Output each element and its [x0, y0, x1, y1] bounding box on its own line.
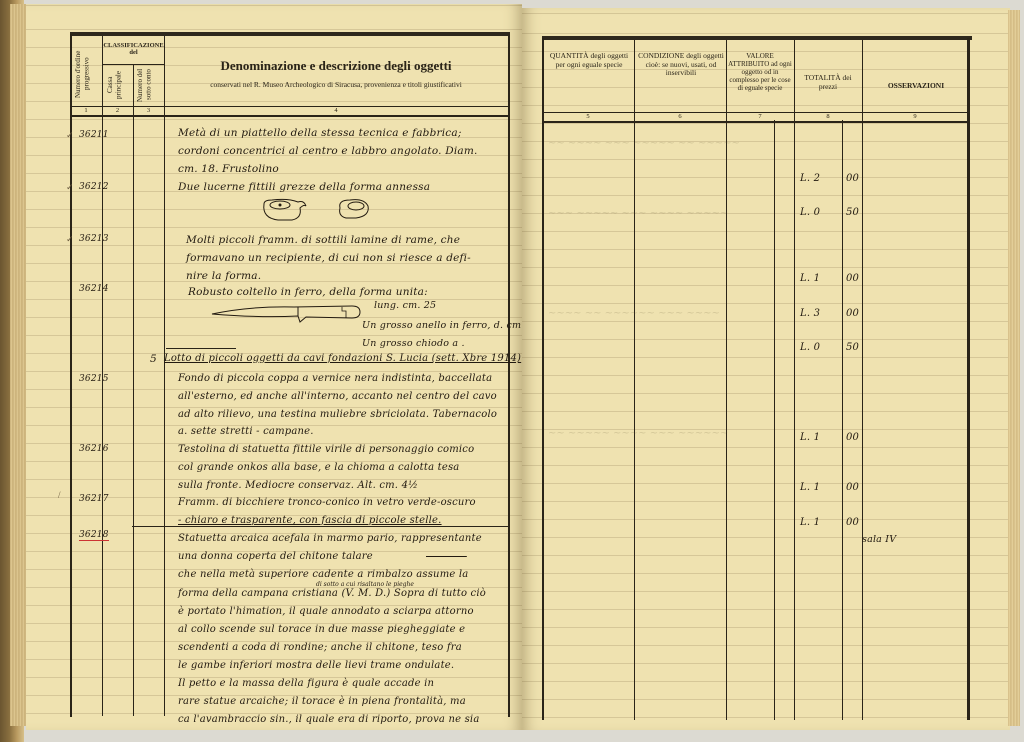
col-subdivider	[774, 120, 775, 720]
entry-text: Due lucerne fittili grezze della forma a…	[178, 181, 430, 193]
entry-text: Fondo di piccola coppa a vernice nera in…	[178, 373, 492, 384]
price-lire: L. 0	[800, 207, 820, 218]
col5-header: QUANTITÀ degli oggetti per ogni eguale s…	[548, 52, 630, 69]
lot-heading: Lotto di piccoli oggetti da cavi fondazi…	[164, 353, 521, 364]
entry-text: a. sette stretti - campane.	[178, 426, 314, 437]
page-stack-right	[1008, 10, 1020, 726]
left-page: Numero d'ordine progressivo CLASSIFICAZI…	[26, 4, 522, 730]
col2-header: Cassa principale	[106, 66, 130, 104]
entry-text: col grande onkos alla base, e la chioma …	[178, 462, 459, 473]
entry-text: Framm. di bicchiere tronco-conico in vet…	[178, 497, 476, 508]
entry-text: scendenti a coda di rondine; anche il ch…	[178, 642, 462, 653]
price-cent: 00	[846, 482, 859, 493]
col3-header: Numero del sotto conto	[136, 66, 162, 104]
colnum-3: 3	[133, 107, 164, 114]
price-lire: L. 2	[800, 173, 820, 184]
observation-note: sala IV	[862, 534, 896, 545]
check-mark: ✓	[66, 182, 74, 193]
entry-number: 36215	[79, 374, 109, 384]
entry-text: che nella metà superiore cadente a rimba…	[178, 569, 468, 580]
header-bottom-rule	[542, 121, 968, 123]
entry-text: cm. 18. Frustolino	[178, 163, 279, 175]
col6-header: CONDIZIONE degli oggetti cioè: se nuovi,…	[638, 52, 724, 78]
entry-text: Statuetta arcaica acefala in marmo pario…	[178, 533, 482, 544]
ledger-photo: Numero d'ordine progressivo CLASSIFICAZI…	[0, 0, 1024, 742]
right-border	[967, 38, 970, 720]
entry-text: all'esterno, ed anche all'interno, accan…	[178, 391, 497, 402]
price-lire: L. 1	[800, 432, 820, 443]
separator	[166, 348, 236, 349]
header-bottom-rule	[70, 115, 510, 117]
col4-title: Denominazione e descrizione degli oggett…	[166, 59, 506, 74]
entry-text: Testolina di statuetta fittile virile di…	[178, 444, 474, 455]
entry-number: 36217	[79, 494, 109, 504]
entry-text: Molti piccoli framm. di sottili lamine d…	[186, 234, 460, 246]
price-cent: 50	[846, 207, 859, 218]
col-divider	[862, 40, 863, 720]
check-mark: ✓	[66, 234, 74, 245]
header-top-rule	[70, 32, 510, 36]
entry-text: formavano un recipiente, di cui non si r…	[186, 252, 471, 264]
class-group-rule	[102, 64, 164, 65]
entry-text: le gambe inferiori mostra delle lievi tr…	[178, 660, 454, 671]
col8-header: TOTALITÀ dei prezzi	[796, 74, 860, 91]
entry-number: 36213	[79, 234, 109, 244]
entry-text: sulla fronte. Mediocre conservaz. Alt. c…	[178, 480, 418, 491]
separator	[132, 526, 508, 527]
left-border	[542, 38, 544, 720]
colnum-5: 5	[542, 113, 634, 120]
dimension-note: lung. cm. 25	[374, 300, 436, 311]
entry-text: Il petto e la massa della figura è quale…	[178, 678, 434, 689]
lot-prefix: 5	[150, 353, 157, 365]
bleed-through-text: ~~~ ~~~~~ ~~~ ~~~~ ~~~~~	[548, 208, 728, 219]
colnum-8: 8	[794, 113, 862, 120]
colnum-1: 1	[70, 107, 102, 114]
entry-text: Un grosso anello in ferro, d. cm 6½	[362, 320, 540, 331]
col7-header: VALORE ATTRIBUITO ad ogni oggetto od in …	[728, 52, 792, 92]
entry-text: - chiaro e trasparente, con fascia di pi…	[178, 515, 442, 526]
colnum-6: 6	[634, 113, 726, 120]
colnum-2: 2	[102, 107, 133, 114]
bleed-through-text: ~~ ~~~~ ~~~ ~~~~~ ~~ ~~~~~	[548, 138, 740, 149]
colnum-9: 9	[862, 113, 968, 120]
entry-number: 36216	[79, 444, 109, 454]
entry-number: 36211	[79, 130, 109, 140]
right-border	[508, 34, 510, 717]
price-cent: 00	[846, 173, 859, 184]
entry-text: rare statue arcaiche; il torace è in pie…	[178, 696, 466, 707]
price-cent: 00	[846, 308, 859, 319]
col23-group-header: CLASSIFICAZIONE del	[103, 42, 164, 57]
entry-text: ca l'avambraccio sin., il quale era di r…	[178, 714, 479, 725]
col4-subtitle: conservati nel R. Museo Archeologico di …	[166, 81, 506, 90]
col-divider	[164, 36, 165, 716]
price-cent: 00	[846, 517, 859, 528]
col-subdivider	[842, 120, 843, 720]
lamp-sketch-icon	[258, 196, 378, 226]
entry-text: al collo scende sul torace in due masse …	[178, 624, 465, 635]
price-lire: L. 1	[800, 517, 820, 528]
knife-sketch-icon	[210, 302, 366, 326]
entry-text: Robusto coltello in ferro, della forma u…	[188, 286, 428, 298]
price-lire: L. 0	[800, 342, 820, 353]
price-lire: L. 3	[800, 308, 820, 319]
colnum-7: 7	[726, 113, 794, 120]
entry-text: ad alto rilievo, una testina muliebre sb…	[178, 409, 497, 420]
entry-text: cordoni concentrici al centro e labbro a…	[178, 145, 478, 157]
entry-number-highlighted: 36218	[79, 530, 109, 541]
entry-text: Un grosso chiodo a .	[362, 338, 465, 349]
entry-number: 36212	[79, 182, 109, 192]
entry-text: è portato l'himation, il quale annodato …	[178, 606, 474, 617]
right-page: QUANTITÀ degli oggetti per ogni eguale s…	[522, 8, 1010, 730]
price-cent: 50	[846, 342, 859, 353]
bleed-through-text: ~~ ~~~~~ ~~~~ ~~~ ~~~~~~	[548, 428, 728, 439]
entry-text: Metà di un piattello della stessa tecnic…	[178, 127, 462, 139]
entry-text: nire la forma.	[186, 270, 261, 282]
interline-note: di sotto a cui risaltano le pieghe	[316, 581, 414, 588]
check-mark: /	[58, 490, 61, 500]
price-lire: L. 1	[800, 273, 820, 284]
col9-header: OSSERVAZIONI	[866, 82, 966, 91]
entry-text: forma della campana cristiana (V. M. D.)…	[178, 588, 486, 599]
check-mark: ✓	[66, 130, 74, 141]
colnum-4: 4	[164, 107, 508, 114]
col1-header: Numero d'ordine progressivo	[74, 44, 100, 104]
entry-text: una donna coperta del chitone talare	[178, 551, 373, 562]
col-divider	[794, 40, 795, 720]
col-divider	[133, 64, 134, 716]
price-cent: 00	[846, 432, 859, 443]
struck-text: ————	[426, 551, 506, 562]
price-lire: L. 1	[800, 482, 820, 493]
bleed-through-text: ~~~~ ~~ ~~~~~~ ~~~ ~~~~	[548, 308, 720, 319]
entry-number: 36214	[79, 284, 109, 294]
header-top-rule	[542, 36, 972, 40]
price-cent: 00	[846, 273, 859, 284]
